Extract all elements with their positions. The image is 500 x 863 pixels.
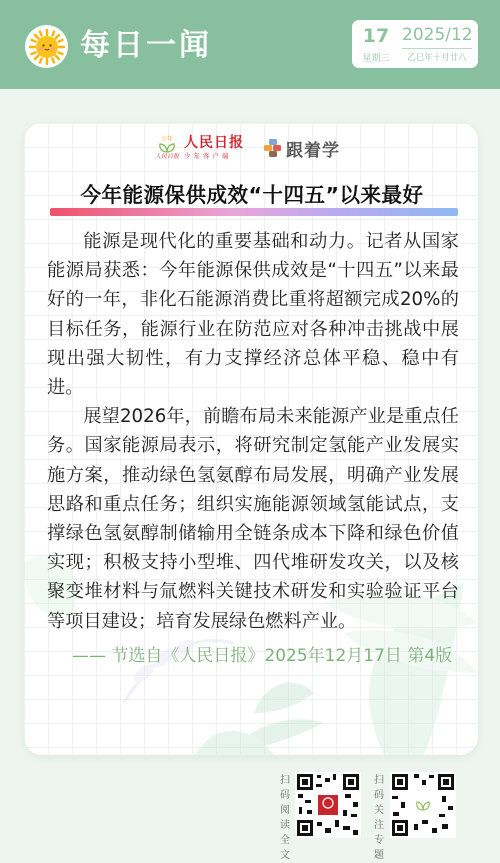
people-daily-logo: 少年 人民日报 人民日报 少年客户端 bbox=[154, 134, 244, 162]
article-title-block: 今年能源保供成效“十四五”以来最好 bbox=[46, 180, 458, 210]
qr-label-follow-topic: 扫码关注专题 bbox=[373, 773, 385, 863]
sun-mascot-icon bbox=[25, 25, 68, 68]
article-card: 少年 人民日报 人民日报 少年客户端 跟着学 今年能源保供成效“十四五”以来最好… bbox=[24, 123, 478, 755]
qr-code-read-full[interactable] bbox=[295, 772, 361, 838]
qr-code-follow-topic[interactable] bbox=[390, 772, 456, 838]
shaonian-badge-icon: 少年 人民日报 bbox=[154, 134, 180, 162]
paragraph: 展望2026年，前瞻布局未来能源产业是重点任务。国家能源局表示，将研究制定氢能产… bbox=[47, 402, 459, 636]
blocks-icon bbox=[264, 139, 282, 157]
people-daily-name: 人民日报 bbox=[184, 135, 244, 151]
people-daily-sub: 少年客户端 bbox=[184, 151, 244, 161]
qr-label-read-full: 扫码阅读全文 bbox=[279, 773, 291, 863]
article-body: 能源是现代化的重要基础和动力。记者从国家能源局获悉：今年能源保供成效是“十四五”… bbox=[47, 227, 459, 636]
day-number: 17 bbox=[362, 25, 390, 47]
year-month: 2025/12 bbox=[402, 24, 472, 49]
brand-logos: 少年 人民日报 人民日报 少年客户端 跟着学 bbox=[154, 133, 340, 163]
app-title: 每日一闻 bbox=[80, 28, 212, 64]
weekday: 星期三 bbox=[358, 51, 394, 64]
article-title: 今年能源保供成效“十四五”以来最好 bbox=[46, 180, 458, 210]
follow-learn-logo: 跟着学 bbox=[264, 136, 340, 161]
header-bar: 每日一闻 17 星期三 2025/12 乙巳年十月廿八 bbox=[0, 0, 500, 89]
follow-learn-name: 跟着学 bbox=[286, 136, 340, 161]
paragraph: 能源是现代化的重要基础和动力。记者从国家能源局获悉：今年能源保供成效是“十四五”… bbox=[47, 227, 459, 402]
date-widget: 17 星期三 2025/12 乙巳年十月廿八 bbox=[352, 20, 478, 68]
source-citation: —— 节选自《人民日报》2025年12月17日 第4版 bbox=[72, 641, 472, 666]
lunar-date: 乙巳年十月廿八 bbox=[400, 51, 474, 63]
